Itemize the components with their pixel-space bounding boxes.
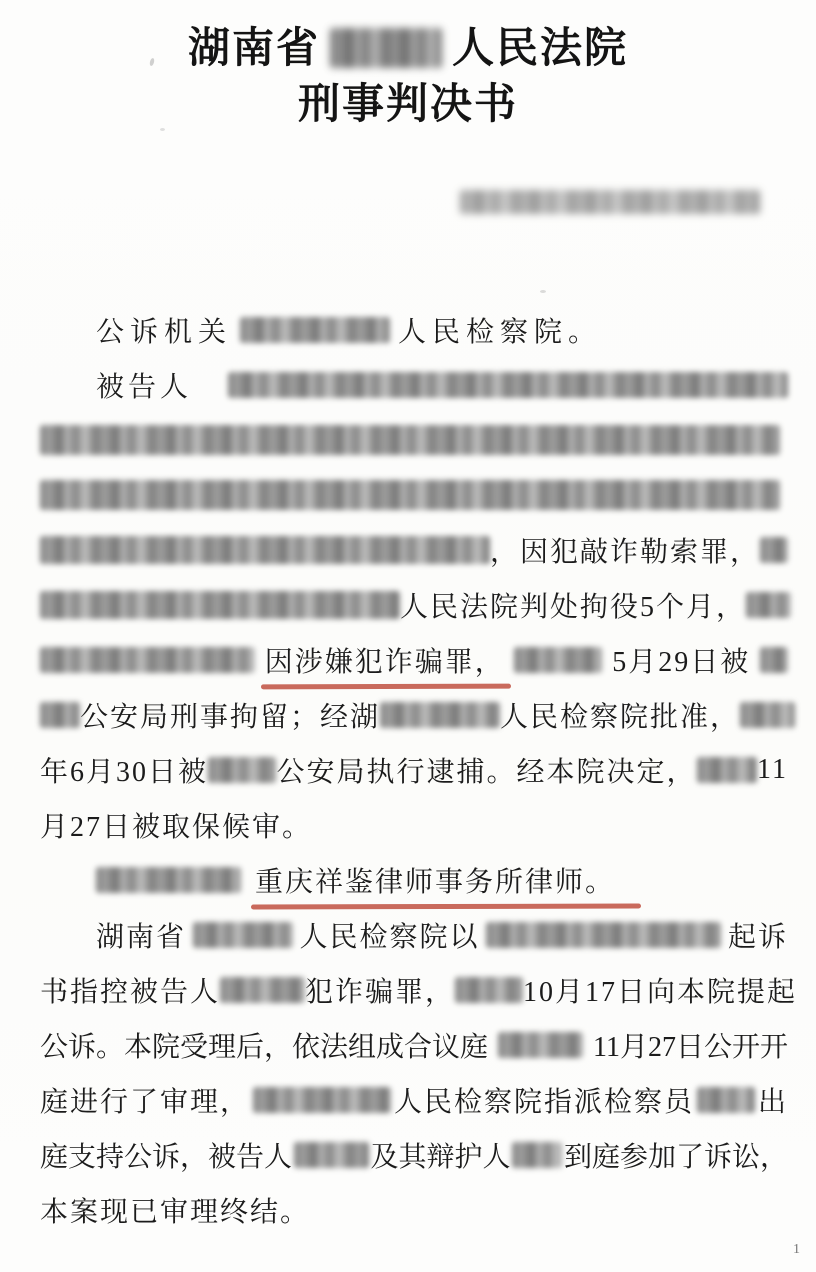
redacted-text — [697, 757, 757, 783]
text-run: 公诉机关 — [96, 310, 232, 350]
redacted-text — [40, 425, 780, 455]
redacted-text — [208, 757, 276, 783]
text-line: 年6月30日被公安局执行逮捕。经本院决定，11 — [40, 742, 788, 797]
text-run: 起诉 — [728, 915, 788, 955]
text-run: 书指控被告人 — [40, 970, 220, 1010]
text-run: 及其辩护人 — [370, 1135, 510, 1175]
document-type-title: 刑事判决书 — [0, 76, 816, 132]
redacted-text — [740, 702, 795, 728]
document-header: 湖南省 人民法院 刑事判决书 — [0, 0, 816, 132]
text-line: 本案现已审理终结。 — [40, 1182, 788, 1237]
redacted-text — [40, 647, 255, 673]
text-line: 公诉机关人民检察院。 — [40, 302, 788, 357]
redacted-text — [240, 317, 390, 343]
text-run: 本案现已审理终结。 — [40, 1190, 310, 1230]
text-run: 人民法院判处拘役5个月， — [400, 585, 746, 625]
text-run: 出 — [758, 1080, 788, 1120]
text-run: 11月27日公开开 — [593, 1025, 788, 1065]
text-run: 月27日被取保候审。 — [40, 805, 312, 845]
redacted-text — [40, 536, 490, 564]
redacted-text — [380, 702, 500, 728]
text-run: 人民检察院批准， — [500, 695, 740, 735]
text-run: 人民检察院指派检察员 — [394, 1080, 694, 1120]
redacted-text — [760, 647, 788, 673]
redacted-text — [294, 1142, 369, 1168]
red-underlined-text: 重庆祥鉴律师事务所律师。 — [255, 860, 615, 900]
text-run: 11 — [757, 754, 788, 786]
text-run: 人民检察院。 — [398, 310, 602, 350]
redacted-text — [193, 922, 293, 948]
redacted-text — [228, 372, 788, 398]
text-line: 庭支持公诉，被告人及其辩护人到庭参加了诉讼， — [40, 1127, 788, 1182]
text-line — [40, 467, 788, 522]
text-run: 湖南省 — [96, 915, 186, 955]
text-run: 犯诈骗罪， — [305, 970, 455, 1010]
text-line: 因涉嫌犯诈骗罪，5月29日被 — [40, 632, 788, 687]
redacted-text — [760, 537, 788, 563]
redacted-text — [455, 977, 523, 1003]
case-number-row — [0, 190, 816, 216]
redacted-text — [40, 591, 400, 619]
scan-speck — [160, 128, 165, 131]
text-line: 人民法院判处拘役5个月， — [40, 577, 788, 632]
judgment-document-page: 湖南省 人民法院 刑事判决书 公诉机关人民检察院。被告人，因犯敲诈勒索罪，人民法… — [0, 0, 816, 1272]
text-line: 公诉。本院受理后，依法组成合议庭11月27日公开开 — [40, 1017, 788, 1072]
text-run: 到庭参加了诉讼， — [564, 1135, 788, 1175]
redacted-text — [220, 977, 305, 1003]
text-line: 书指控被告人犯诈骗罪，10月17日向本院提起 — [40, 962, 788, 1017]
text-line: ，因犯敲诈勒索罪， — [40, 522, 788, 577]
text-run: 庭进行了审理， — [40, 1080, 250, 1120]
text-run: 公安局刑事拘留；经湖 — [80, 695, 380, 735]
text-run: 年6月30日被 — [40, 750, 208, 790]
red-underlined-text: 因涉嫌犯诈骗罪， — [265, 640, 505, 680]
redacted-text — [746, 592, 791, 618]
text-run: 公诉。本院受理后，依法组成合议庭 — [40, 1025, 488, 1065]
redacted-text — [96, 867, 241, 893]
redacted-text — [253, 1087, 391, 1113]
text-run: ，因犯敲诈勒索罪， — [490, 530, 760, 570]
scan-speck — [374, 769, 378, 773]
page-number: 1 — [793, 1242, 800, 1258]
redacted-text — [514, 647, 602, 673]
text-run: 公安局执行逮捕。经本院决定， — [277, 750, 697, 790]
text-line: 庭进行了审理，人民检察院指派检察员出 — [40, 1072, 788, 1127]
text-run: 5月29日被 — [612, 640, 750, 680]
redacted-county-name — [330, 28, 442, 68]
text-run: 10月17日向本院提起 — [523, 970, 797, 1010]
court-name-prefix: 湖南省 — [188, 20, 320, 76]
text-run: 庭支持公诉，被告人 — [40, 1135, 292, 1175]
redacted-text — [498, 1032, 583, 1058]
document-body: 公诉机关人民检察院。被告人，因犯敲诈勒索罪，人民法院判处拘役5个月，因涉嫌犯诈骗… — [0, 302, 816, 1237]
redacted-text — [512, 1142, 562, 1168]
text-line: 被告人 — [40, 357, 788, 412]
redacted-case-number — [460, 190, 760, 214]
court-name-title: 湖南省 人民法院 — [0, 20, 816, 76]
scan-speck — [540, 290, 546, 293]
redacted-text — [697, 1087, 755, 1113]
text-run: 人民检察院以 — [299, 915, 479, 955]
redacted-text — [486, 922, 721, 948]
text-line: 重庆祥鉴律师事务所律师。 — [40, 852, 788, 907]
text-line: 公安局刑事拘留；经湖人民检察院批准， — [40, 687, 788, 742]
redacted-text — [40, 480, 780, 510]
text-line: 月27日被取保候审。 — [40, 797, 788, 852]
court-name-suffix: 人民法院 — [452, 20, 628, 76]
redacted-text — [40, 702, 80, 728]
text-run: 被告人 — [96, 365, 192, 405]
text-line — [40, 412, 788, 467]
text-line: 湖南省人民检察院以起诉 — [40, 907, 788, 962]
